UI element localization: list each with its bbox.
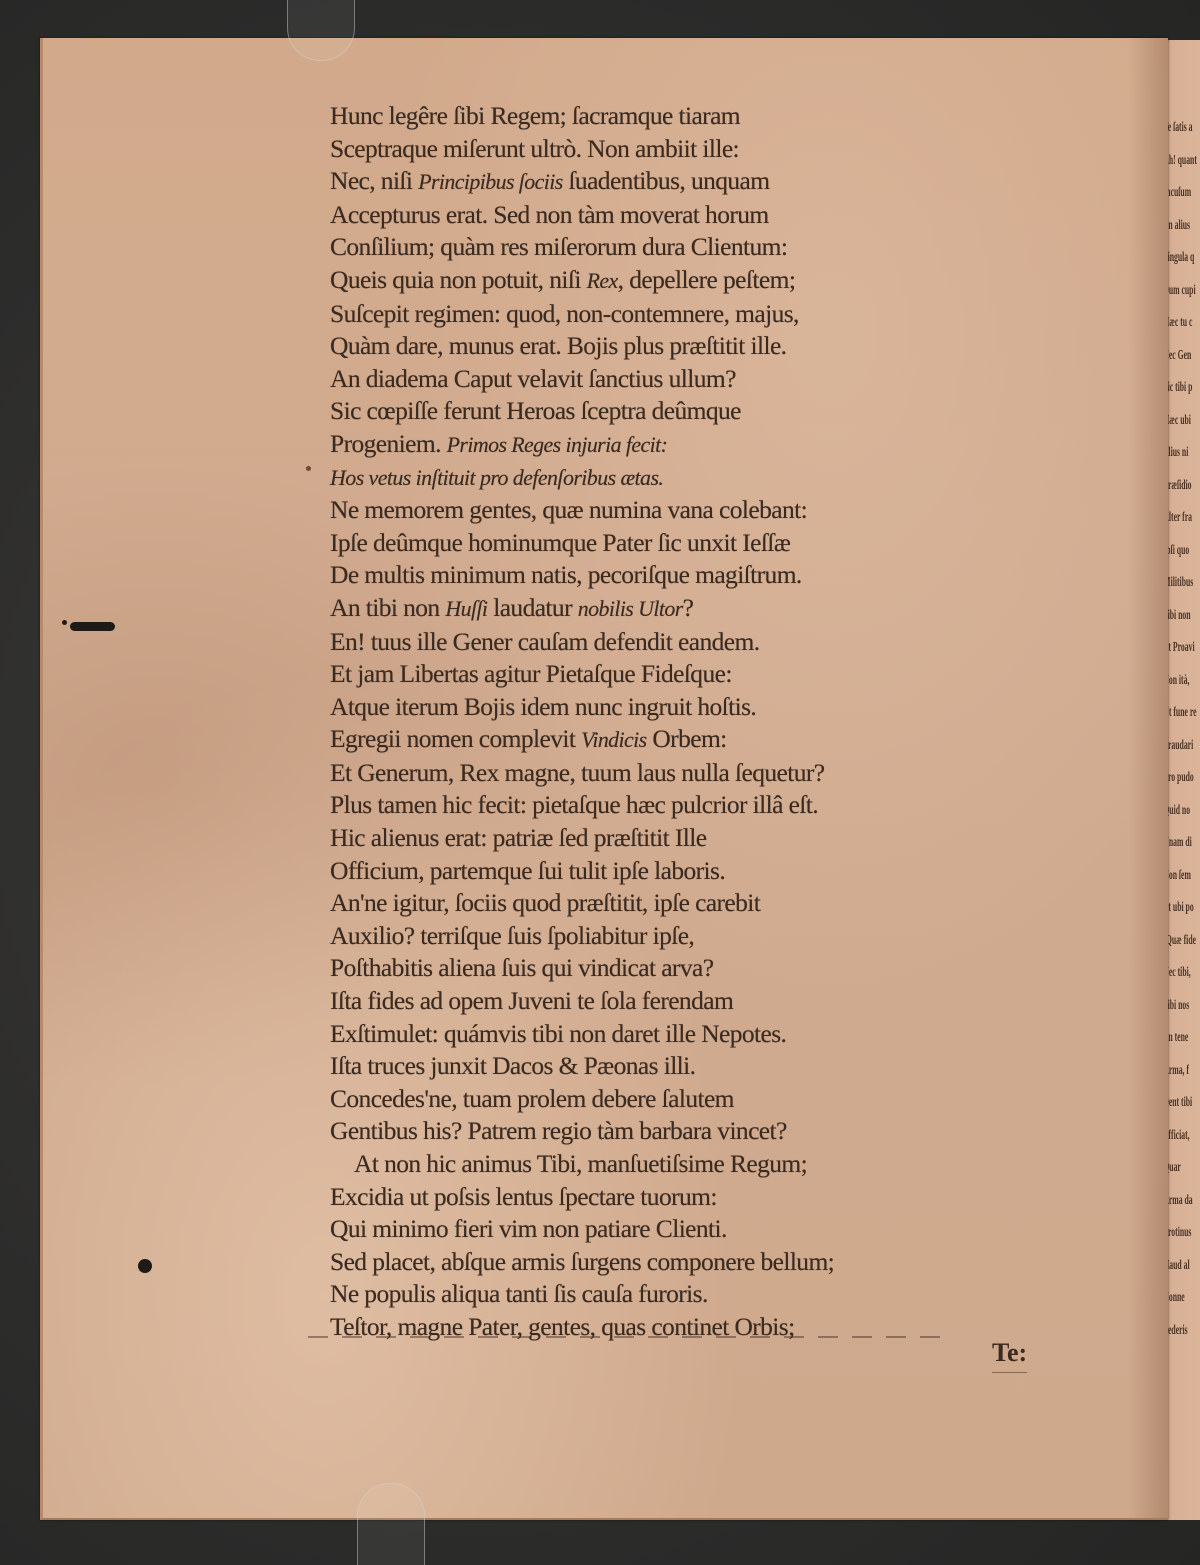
verse-line: Ne populis aliqua tanti ſis cauſa furori…	[330, 1278, 1010, 1311]
verse-text: Concedes'ne, tuam prolem debere ſalutem	[330, 1084, 734, 1113]
italic-phrase: Hos vetus inſtituit pro defenſoribus æta…	[330, 465, 663, 490]
verse-text: Nec, niſi	[330, 166, 418, 195]
verse-text: Egregii nomen complevit	[330, 724, 581, 753]
verse-text: Ipſe deûmque hominumque Pater ſic unxit …	[330, 528, 790, 557]
verse-text: , depellere peſtem;	[618, 265, 796, 294]
page-clip-top	[287, 0, 355, 61]
verse-text: ?	[683, 593, 694, 622]
verse-line: An'ne igitur, ſociis quod præſtitit, ipſ…	[330, 887, 1010, 920]
verse-line: Ipſe deûmque hominumque Pater ſic unxit …	[330, 527, 1010, 560]
verse-line: At non hic animus Tibi, manſuetiſsime Re…	[330, 1148, 1010, 1181]
verse-text: ſuadentibus, unquam	[563, 166, 770, 195]
verse-line: Exſtimulet: quámvis tibi non daret ille …	[330, 1018, 1010, 1051]
verse-text: At non hic animus Tibi, manſuetiſsime Re…	[354, 1149, 807, 1178]
verse-line: Atque iterum Bojis idem nunc ingruit hoſ…	[330, 691, 1010, 724]
verse-text: Gentibus his? Patrem regio tàm barbara v…	[330, 1116, 787, 1145]
show-through-rule	[308, 1336, 948, 1338]
catchword: Te:	[992, 1338, 1027, 1373]
verse-text: Atque iterum Bojis idem nunc ingruit hoſ…	[330, 692, 756, 721]
italic-phrase: Huſſi	[445, 596, 487, 621]
verse-text: Hunc legêre ſibi Regem; ſacramque tiaram	[330, 101, 740, 130]
verse-line: Hunc legêre ſibi Regem; ſacramque tiaram	[330, 100, 1010, 133]
verse-line: Et jam Libertas agitur Pietaſque Fideſqu…	[330, 658, 1010, 691]
italic-phrase: nobilis Ultor	[578, 596, 683, 621]
verse-text: En! tuus ille Gener cauſam defendit eand…	[330, 627, 759, 656]
verse-line: Et Generum, Rex magne, tuum laus nulla ſ…	[330, 757, 1010, 790]
verse-line: Conſilium; quàm res miſerorum dura Clien…	[330, 231, 1010, 264]
poem-text-block: Hunc legêre ſibi Regem; ſacramque tiaram…	[330, 100, 1010, 1344]
verse-line: Concedes'ne, tuam prolem debere ſalutem	[330, 1083, 1010, 1116]
verse-text: Orbem:	[647, 724, 727, 753]
verse-line: Sic cœpiſſe ferunt Heroas ſceptra deûmqu…	[330, 395, 1010, 428]
verse-line: Qui minimo fieri vim non patiare Clienti…	[330, 1213, 1010, 1246]
verse-line: Sed placet, abſque armis ſurgens compone…	[330, 1246, 1010, 1279]
verse-text: Poſthabitis aliena ſuis qui vindicat arv…	[330, 953, 713, 982]
verse-line: Hic alienus erat: patriæ ſed præſtitit I…	[330, 822, 1010, 855]
verse-line: Egregii nomen complevit Vindicis Orbem:	[330, 723, 1010, 757]
verse-line: Poſthabitis aliena ſuis qui vindicat arv…	[330, 952, 1010, 985]
verse-text: Accepturus erat. Sed non tàm moverat hor…	[330, 200, 769, 229]
margin-bullet-mark	[306, 466, 311, 471]
ink-blot	[70, 622, 115, 631]
verse-line: Teſtor, magne Pater, gentes, quas contin…	[330, 1311, 1010, 1344]
verse-line: Gentibus his? Patrem regio tàm barbara v…	[330, 1115, 1010, 1148]
verse-text: Ne populis aliqua tanti ſis cauſa furori…	[330, 1279, 708, 1308]
italic-phrase: Principibus ſociis	[418, 169, 562, 194]
ink-dot	[138, 1259, 152, 1273]
verse-text: Iſta truces junxit Dacos & Pæonas illi.	[330, 1051, 695, 1080]
verse-text: Progeniem.	[330, 429, 447, 458]
verse-text: Quàm dare, munus erat. Bojis plus præſti…	[330, 331, 786, 360]
verse-line: Suſcepit regimen: quod, non-contemnere, …	[330, 298, 1010, 331]
verse-text: Sceptraque miſerunt ultrò. Non ambiit il…	[330, 134, 739, 163]
verse-line: An diadema Caput velavit ſanctius ullum?	[330, 363, 1010, 396]
verse-text: Sed placet, abſque armis ſurgens compone…	[330, 1247, 834, 1276]
verse-text: An tibi non	[330, 593, 445, 622]
verse-line: Progeniem. Primos Reges injuria fecit:	[330, 428, 1010, 462]
verse-line: Sceptraque miſerunt ultrò. Non ambiit il…	[330, 133, 1010, 166]
italic-phrase: Rex	[587, 268, 618, 293]
verse-text: Qui minimo fieri vim non patiare Clienti…	[330, 1214, 727, 1243]
verse-line: Quàm dare, munus erat. Bojis plus præſti…	[330, 330, 1010, 363]
verse-text: Et jam Libertas agitur Pietaſque Fideſqu…	[330, 659, 732, 688]
italic-phrase: Vindicis	[581, 727, 646, 752]
verse-line: Auxilio? terriſque ſuis ſpoliabitur ipſe…	[330, 920, 1010, 953]
verse-text: Officium, partemque ſui tulit ipſe labor…	[330, 856, 725, 885]
verse-text: Ne memorem gentes, quæ numina vana coleb…	[330, 495, 807, 524]
verse-text: De multis minimum natis, pecoriſque magi…	[330, 560, 802, 589]
verse-line: Nec, niſi Principibus ſociis ſuadentibus…	[330, 165, 1010, 199]
verse-text: Auxilio? terriſque ſuis ſpoliabitur ipſe…	[330, 921, 694, 950]
verse-line: Officium, partemque ſui tulit ipſe labor…	[330, 855, 1010, 888]
gutter-shadow	[1128, 38, 1168, 1518]
verse-text: Conſilium; quàm res miſerorum dura Clien…	[330, 232, 787, 261]
verse-text: Et Generum, Rex magne, tuum laus nulla ſ…	[330, 758, 825, 787]
verse-text: Sic cœpiſſe ferunt Heroas ſceptra deûmqu…	[330, 396, 741, 425]
verse-line: Iſta truces junxit Dacos & Pæonas illi.	[330, 1050, 1010, 1083]
verse-text: Iſta fides ad opem Juveni te ſola ferend…	[330, 986, 733, 1015]
verse-line: An tibi non Huſſi laudatur nobilis Ultor…	[330, 592, 1010, 626]
verse-text: Queis quia non potuit, niſi	[330, 265, 587, 294]
verse-line: Ne memorem gentes, quæ numina vana coleb…	[330, 494, 1010, 527]
italic-phrase: Primos Reges injuria fecit:	[447, 432, 668, 457]
verse-line: Excidia ut poſsis lentus ſpectare tuorum…	[330, 1181, 1010, 1214]
verse-text: An diadema Caput velavit ſanctius ullum?	[330, 364, 736, 393]
verse-line: Plus tamen hic fecit: pietaſque hæc pulc…	[330, 789, 1010, 822]
verse-line: Queis quia non potuit, niſi Rex, depelle…	[330, 264, 1010, 298]
verse-text: Suſcepit regimen: quod, non-contemnere, …	[330, 299, 799, 328]
verse-text: Plus tamen hic fecit: pietaſque hæc pulc…	[330, 790, 818, 819]
verse-text: Excidia ut poſsis lentus ſpectare tuorum…	[330, 1182, 717, 1211]
verse-line: Hos vetus inſtituit pro defenſoribus æta…	[330, 462, 1010, 495]
verse-line: Accepturus erat. Sed non tàm moverat hor…	[330, 199, 1010, 232]
page-clip-bottom	[357, 1483, 425, 1565]
ink-speck	[62, 620, 67, 625]
verse-line: En! tuus ille Gener cauſam defendit eand…	[330, 626, 1010, 659]
verse-text: An'ne igitur, ſociis quod præſtitit, ipſ…	[330, 888, 760, 917]
verse-text: Hic alienus erat: patriæ ſed præſtitit I…	[330, 823, 706, 852]
verse-text: Exſtimulet: quámvis tibi non daret ille …	[330, 1019, 786, 1048]
verse-line: Iſta fides ad opem Juveni te ſola ferend…	[330, 985, 1010, 1018]
verse-line: De multis minimum natis, pecoriſque magi…	[330, 559, 1010, 592]
verse-text: laudatur	[487, 593, 577, 622]
